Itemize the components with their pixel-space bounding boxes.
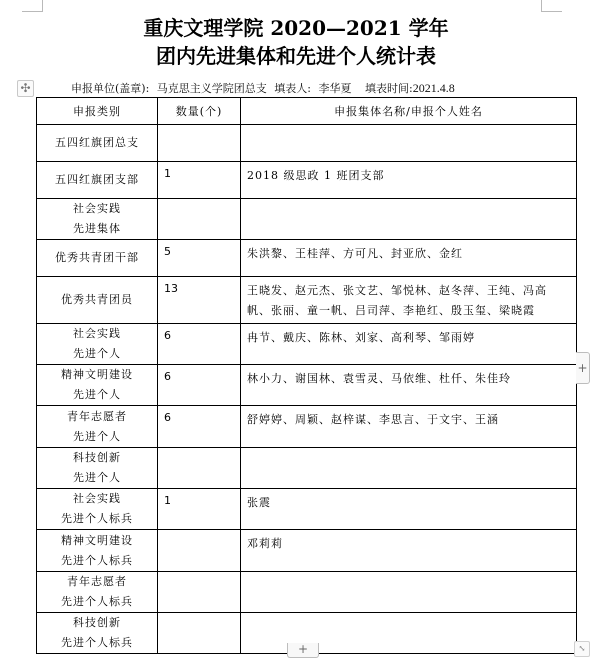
category-text: 先进个人标兵 — [37, 551, 157, 571]
count-cell[interactable] — [158, 530, 241, 572]
unit-label: 申报单位(盖章): — [71, 82, 149, 95]
category-cell[interactable]: 五四红旗团总支 — [37, 125, 158, 162]
category-text: 先进个人 — [37, 385, 157, 405]
category-cell[interactable]: 五四红旗团支部 — [37, 162, 158, 199]
count-cell[interactable] — [158, 448, 241, 489]
category-text: 五四红旗团总支 — [37, 133, 157, 153]
unit-value: 马克思主义学院团总支 — [157, 82, 267, 95]
category-cell[interactable]: 社会实践先进集体 — [37, 199, 158, 240]
count-cell[interactable]: 6 — [158, 406, 241, 448]
names-cell[interactable]: 邓莉莉 — [241, 530, 577, 572]
category-cell[interactable]: 青年志愿者先进个人 — [37, 406, 158, 448]
count-cell[interactable] — [158, 199, 241, 240]
count-cell[interactable]: 5 — [158, 240, 241, 277]
table-row: 社会实践先进个人标兵1张震 — [37, 489, 577, 530]
count-cell[interactable]: 1 — [158, 489, 241, 530]
table-row: 社会实践先进集体 — [37, 199, 577, 240]
category-text: 优秀共青团员 — [37, 290, 157, 310]
document-title-line2: 团内先进集体和先进个人统计表 — [0, 40, 592, 69]
names-cell[interactable]: 冉节、戴庆、陈林、刘家、高利琴、邹雨婷 — [241, 324, 577, 365]
category-text: 先进个人标兵 — [37, 633, 157, 653]
category-text: 科技创新 — [37, 448, 157, 468]
date-label: 填表时间: — [365, 82, 413, 95]
document-meta-line: 申报单位(盖章): 马克思主义学院团总支 填表人: 李华夏 填表时间:2021.… — [71, 80, 459, 96]
table-row: 科技创新先进个人 — [37, 448, 577, 489]
table-header-row: 申报类别 数量(个) 申报集体名称/申报个人姓名 — [37, 98, 577, 125]
category-text: 优秀共青团干部 — [37, 248, 157, 268]
count-cell[interactable] — [158, 125, 241, 162]
filler-label: 填表人: — [274, 82, 311, 95]
count-cell[interactable]: 1 — [158, 162, 241, 199]
category-text: 青年志愿者 — [37, 572, 157, 592]
category-text: 先进个人 — [37, 468, 157, 488]
category-text: 精神文明建设 — [37, 365, 157, 385]
date-value: 2021.4.8 — [413, 81, 455, 95]
statistics-table[interactable]: 申报类别 数量(个) 申报集体名称/申报个人姓名 五四红旗团总支五四红旗团支部1… — [36, 97, 577, 654]
category-text: 先进个人 — [37, 344, 157, 364]
names-cell[interactable]: 张震 — [241, 489, 577, 530]
header-count[interactable]: 数量(个) — [158, 98, 241, 125]
names-cell[interactable] — [241, 199, 577, 240]
category-cell[interactable]: 科技创新先进个人 — [37, 448, 158, 489]
filler-value: 李华夏 — [319, 82, 352, 95]
category-text: 社会实践 — [37, 199, 157, 219]
names-cell[interactable]: 舒婷婷、周颖、赵梓谋、李思言、于文宇、王涵 — [241, 406, 577, 448]
count-cell[interactable]: 13 — [158, 277, 241, 324]
names-cell[interactable] — [241, 572, 577, 613]
table-move-handle-icon[interactable]: ✣ — [17, 80, 34, 97]
header-names[interactable]: 申报集体名称/申报个人姓名 — [241, 98, 577, 125]
count-cell[interactable]: 6 — [158, 324, 241, 365]
table-row: 五四红旗团总支 — [37, 125, 577, 162]
table-row: 五四红旗团支部12018 级思政 1 班团支部 — [37, 162, 577, 199]
category-text: 五四红旗团支部 — [37, 170, 157, 190]
add-row-button[interactable]: + — [287, 643, 319, 658]
table-row: 青年志愿者先进个人标兵 — [37, 572, 577, 613]
names-cell[interactable]: 林小力、谢国林、袁雪灵、马依维、杜仟、朱佳玲 — [241, 365, 577, 406]
category-cell[interactable]: 优秀共青团员 — [37, 277, 158, 324]
table-row: 青年志愿者先进个人6舒婷婷、周颖、赵梓谋、李思言、于文宇、王涵 — [37, 406, 577, 448]
add-column-button[interactable]: + — [576, 352, 590, 384]
category-cell[interactable]: 优秀共青团干部 — [37, 240, 158, 277]
document-title-line1: 重庆文理学院 2020—2021 学年 — [0, 12, 592, 41]
names-cell[interactable] — [241, 125, 577, 162]
category-cell[interactable]: 精神文明建设先进个人 — [37, 365, 158, 406]
count-cell[interactable] — [158, 572, 241, 613]
table-row: 精神文明建设先进个人6林小力、谢国林、袁雪灵、马依维、杜仟、朱佳玲 — [37, 365, 577, 406]
count-cell[interactable]: 6 — [158, 365, 241, 406]
category-cell[interactable]: 青年志愿者先进个人标兵 — [37, 572, 158, 613]
category-text: 科技创新 — [37, 613, 157, 633]
category-text: 先进集体 — [37, 219, 157, 239]
count-cell[interactable] — [158, 613, 241, 654]
names-cell[interactable]: 朱洪黎、王桂萍、方可凡、封亚欣、金红 — [241, 240, 577, 277]
category-text: 社会实践 — [37, 489, 157, 509]
table-row: 社会实践先进个人6冉节、戴庆、陈林、刘家、高利琴、邹雨婷 — [37, 324, 577, 365]
category-cell[interactable]: 精神文明建设先进个人标兵 — [37, 530, 158, 572]
category-text: 社会实践 — [37, 324, 157, 344]
category-text: 先进个人标兵 — [37, 592, 157, 612]
table-resize-handle-icon[interactable]: ⤡ — [574, 641, 590, 657]
names-cell[interactable] — [241, 448, 577, 489]
names-cell[interactable]: 王晓发、赵元杰、张文艺、邹悦林、赵冬萍、王纯、冯高帆、张丽、童一帆、吕司萍、李艳… — [241, 277, 577, 324]
table-row: 精神文明建设先进个人标兵邓莉莉 — [37, 530, 577, 572]
table-row: 优秀共青团干部5朱洪黎、王桂萍、方可凡、封亚欣、金红 — [37, 240, 577, 277]
header-category[interactable]: 申报类别 — [37, 98, 158, 125]
page-margin-corner-top-left — [22, 0, 43, 12]
names-cell[interactable]: 2018 级思政 1 班团支部 — [241, 162, 577, 199]
category-text: 先进个人 — [37, 427, 157, 447]
category-cell[interactable]: 社会实践先进个人 — [37, 324, 158, 365]
category-cell[interactable]: 科技创新先进个人标兵 — [37, 613, 158, 654]
category-text: 青年志愿者 — [37, 407, 157, 427]
category-text: 先进个人标兵 — [37, 509, 157, 529]
page-margin-corner-top-right — [541, 0, 562, 12]
category-cell[interactable]: 社会实践先进个人标兵 — [37, 489, 158, 530]
table-row: 优秀共青团员13王晓发、赵元杰、张文艺、邹悦林、赵冬萍、王纯、冯高帆、张丽、童一… — [37, 277, 577, 324]
category-text: 精神文明建设 — [37, 531, 157, 551]
